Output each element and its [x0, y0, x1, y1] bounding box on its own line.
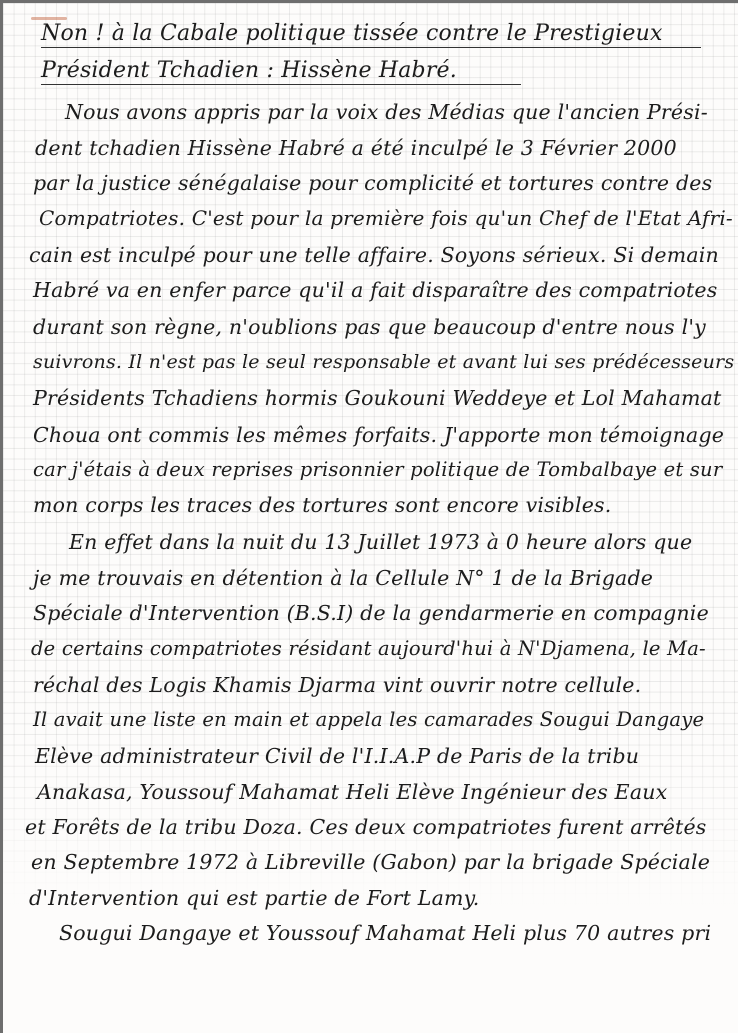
paragraph-1-line-4: Compatriotes. C'est pour la première foi…: [39, 206, 733, 230]
paragraph-1-line-3: par la justice sénégalaise pour complici…: [33, 171, 712, 195]
paragraph-1-line-7: durant son règne, n'oublions pas que bea…: [33, 315, 706, 339]
paragraph-2-line-7: Elève administrateur Civil de l'I.I.A.P …: [35, 744, 639, 768]
paragraph-2-line-3: Spéciale d'Intervention (B.S.I) de la ge…: [33, 601, 709, 625]
paragraph-2-line-1: En effet dans la nuit du 13 Juillet 1973…: [69, 530, 692, 554]
paragraph-1-line-1: Nous avons appris par la voix des Médias…: [65, 100, 708, 124]
paragraph-1-line-10: Choua ont commis les mêmes forfaits. J'a…: [33, 423, 724, 447]
paragraph-2-line-11: d'Intervention qui est partie de Fort La…: [29, 886, 479, 910]
paragraph-2-line-8: Anakasa, Youssouf Mahamat Heli Elève Ing…: [37, 780, 667, 804]
paragraph-2-line-9: et Forêts de la tribu Doza. Ces deux com…: [25, 815, 707, 839]
title-line-1: Non ! à la Cabale politique tissée contr…: [41, 21, 701, 48]
handwritten-letter-page: Non ! à la Cabale politique tissée contr…: [3, 3, 738, 1033]
paragraph-1-line-11: car j'étais à deux reprises prisonnier p…: [33, 458, 722, 481]
paragraph-1-line-2: dent tchadien Hissène Habré a été inculp…: [35, 136, 677, 160]
paragraph-1-line-12: mon corps les traces des tortures sont e…: [33, 493, 611, 517]
paragraph-1-line-9: Présidents Tchadiens hormis Goukouni Wed…: [33, 386, 722, 410]
paragraph-1-line-5: cain est inculpé pour une telle affaire.…: [29, 243, 719, 267]
paragraph-3-line-1: Sougui Dangaye et Youssouf Mahamat Heli …: [59, 921, 711, 945]
paragraph-1-line-8: suivrons. Il n'est pas le seul responsab…: [33, 351, 734, 373]
paragraph-2-line-2: je me trouvais en détention à la Cellule…: [33, 566, 653, 590]
paragraph-2-line-4: de certains compatriotes résidant aujour…: [31, 637, 706, 660]
paper-stain-mark: [31, 17, 67, 20]
paragraph-1-line-6: Habré va en enfer parce qu'il a fait dis…: [33, 278, 717, 302]
paragraph-2-line-5: réchal des Logis Khamis Djarma vint ouvr…: [33, 673, 641, 697]
paragraph-2-line-6: Il avait une liste en main et appela les…: [33, 708, 704, 731]
title-line-2: Président Tchadien : Hissène Habré.: [41, 58, 521, 85]
paragraph-2-line-10: en Septembre 1972 à Libreville (Gabon) p…: [31, 850, 710, 874]
